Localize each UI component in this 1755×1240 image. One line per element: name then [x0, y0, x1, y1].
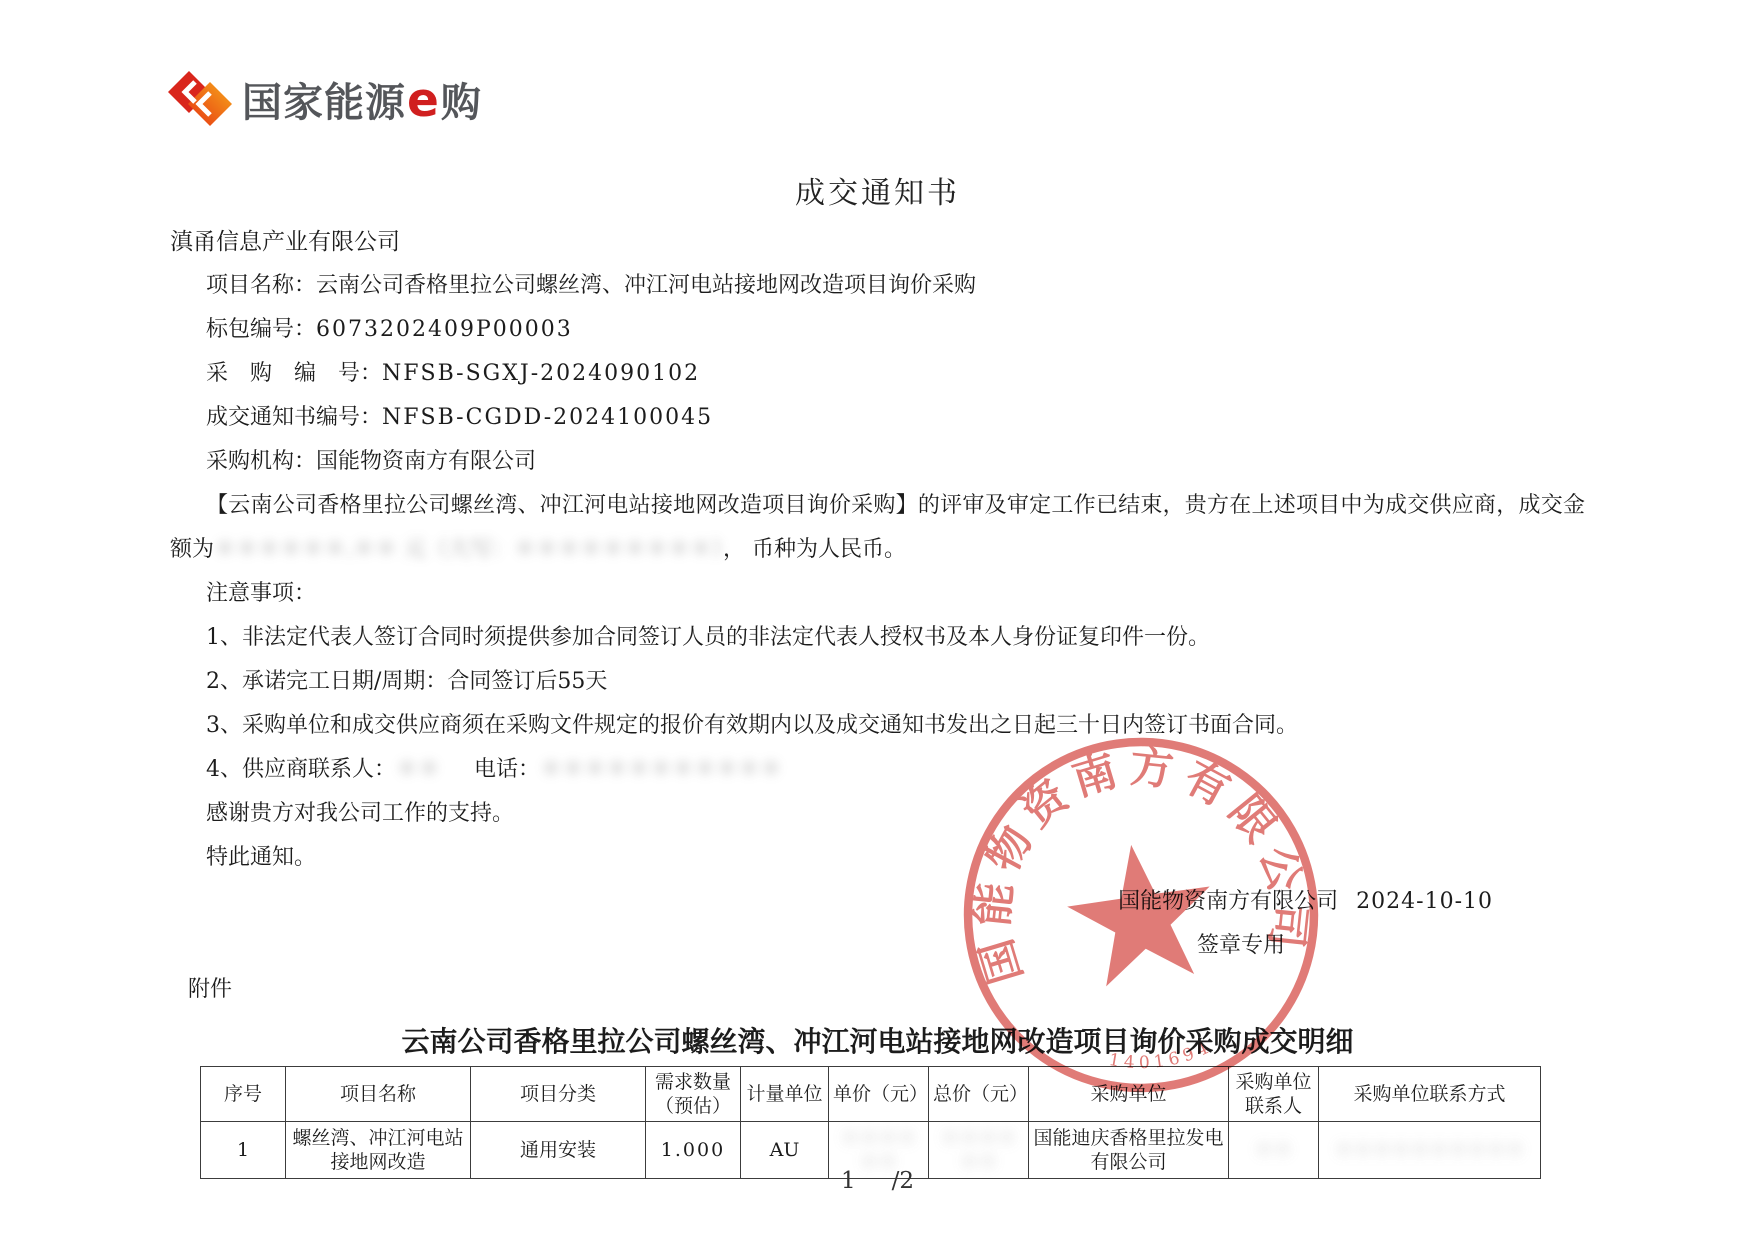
- brand-logo: 国家能源e购: [168, 70, 482, 128]
- note-item-3: 3、采购单位和成交供应商须在采购文件规定的报价有效期内以及成交通知书发出之日起三…: [170, 704, 1585, 748]
- brand-letter-e: e: [407, 73, 440, 128]
- field-value: 6073202409P00003: [316, 317, 573, 342]
- document-body: 滇甬信息产业有限公司 项目名称：云南公司香格里拉公司螺丝湾、冲江河电站接地网改造…: [170, 220, 1585, 1064]
- redacted-amount: ＊＊＊＊＊＊.＊＊ 元（大写：＊＊＊＊＊＊＊＊＊）: [214, 537, 723, 562]
- page-total: /2: [892, 1168, 914, 1194]
- header-total-price: 总价（元）: [929, 1067, 1029, 1122]
- field-package-no: 标包编号：6073202409P00003: [170, 308, 1585, 352]
- header-contact-info: 采购单位联系方式: [1319, 1067, 1541, 1122]
- redacted-contact-name: ＊＊: [396, 757, 440, 782]
- award-notice-document: 国家能源e购 成交通知书 滇甬信息产业有限公司 项目名称：云南公司香格里拉公司螺…: [0, 0, 1755, 1240]
- field-agency: 采购机构：国能物资南方有限公司: [170, 440, 1585, 484]
- page-number: 1/2: [0, 1168, 1755, 1194]
- attachment-label: 附件: [170, 968, 1585, 1012]
- header-unit: 计量单位: [741, 1067, 829, 1122]
- note-item-4: 4、供应商联系人：＊＊电话：＊＊＊＊＊＊＊＊＊＊＊: [170, 748, 1585, 792]
- brand-name-end: 购: [441, 71, 482, 128]
- field-value: NFSB-SGXJ-2024090102: [382, 361, 700, 386]
- field-project-name: 项目名称：云南公司香格里拉公司螺丝湾、冲江河电站接地网改造项目询价采购: [170, 264, 1585, 308]
- brand-name-cn: 国家能源: [242, 71, 406, 128]
- field-procurement-no: 采 购 编 号：NFSB-SGXJ-2024090102: [170, 352, 1585, 396]
- field-value: 云南公司香格里拉公司螺丝湾、冲江河电站接地网改造项目询价采购: [316, 273, 976, 298]
- phone-label: 电话：: [474, 757, 540, 782]
- field-label: 成交通知书编号：: [206, 405, 382, 430]
- field-label: 采购机构：: [206, 449, 316, 474]
- seal-purpose-label: 签章专用: [170, 924, 1585, 968]
- award-paragraph: 【云南公司香格里拉公司螺丝湾、冲江河电站接地网改造项目询价采购】的评审及审定工作…: [170, 484, 1585, 572]
- closing-thanks: 感谢贵方对我公司工作的支持。: [170, 792, 1585, 836]
- signature-date: 2024-10-10: [1356, 889, 1493, 914]
- header-category: 项目分类: [471, 1067, 646, 1122]
- header-name: 项目名称: [286, 1067, 471, 1122]
- field-label: 项目名称：: [206, 273, 316, 298]
- recipient-company: 滇甬信息产业有限公司: [170, 220, 1585, 264]
- signature-company: 国能物资南方有限公司: [1118, 889, 1338, 914]
- award-detail-table: 序号 项目名称 项目分类 需求数量（预估） 计量单位 单价（元） 总价（元） 采…: [200, 1066, 1541, 1179]
- award-text-after: ， 币种为人民币。: [723, 537, 906, 562]
- header-contact: 采购单位联系人: [1229, 1067, 1319, 1122]
- field-value: NFSB-CGDD-2024100045: [382, 405, 713, 430]
- field-notice-no: 成交通知书编号：NFSB-CGDD-2024100045: [170, 396, 1585, 440]
- field-label: 标包编号：: [206, 317, 316, 342]
- field-value: 国能物资南方有限公司: [316, 449, 536, 474]
- page-current: 1: [841, 1168, 856, 1194]
- notes-heading: 注意事项：: [170, 572, 1585, 616]
- header-qty: 需求数量（预估）: [646, 1067, 741, 1122]
- note-item-4-label: 4、供应商联系人：: [206, 757, 396, 782]
- field-label: 采 购 编 号：: [206, 361, 382, 386]
- redacted-phone: ＊＊＊＊＊＊＊＊＊＊＊: [540, 757, 782, 782]
- brand-diamond-icon: [168, 70, 232, 128]
- closing-notice: 特此通知。: [170, 836, 1585, 880]
- header-purchaser: 采购单位: [1029, 1067, 1229, 1122]
- attachment-table-title: 云南公司香格里拉公司螺丝湾、冲江河电站接地网改造项目询价采购成交明细: [170, 1020, 1585, 1064]
- header-unit-price: 单价（元）: [829, 1067, 929, 1122]
- document-title: 成交通知书: [0, 168, 1755, 212]
- note-item-1: 1、非法定代表人签订合同时须提供参加合同签订人员的非法定代表人授权书及本人身份证…: [170, 616, 1585, 660]
- note-item-2: 2、承诺完工日期/周期：合同签订后55天: [170, 660, 1585, 704]
- brand-name: 国家能源e购: [242, 71, 482, 128]
- header-seq: 序号: [201, 1067, 286, 1122]
- signature-line: 国能物资南方有限公司2024-10-10: [170, 880, 1585, 924]
- table-header-row: 序号 项目名称 项目分类 需求数量（预估） 计量单位 单价（元） 总价（元） 采…: [201, 1067, 1541, 1122]
